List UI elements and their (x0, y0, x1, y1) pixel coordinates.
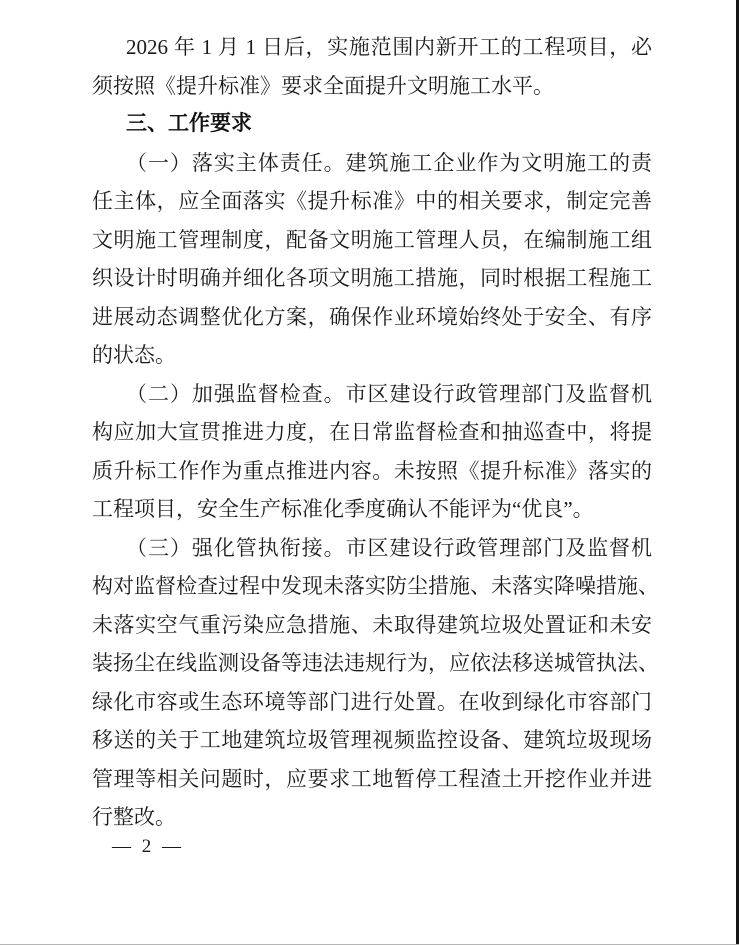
text-line: （一）落实主体责任。建筑施工企业作为文明施工的责 (92, 144, 652, 183)
text-line: 移送的关于工地建筑垃圾管理视频监控设备、建筑垃圾现场 (92, 721, 652, 760)
text-line: 须按照《提升标准》要求全面提升文明施工水平。 (92, 67, 652, 106)
text-line: 进展动态调整优化方案，确保作业环境始终处于安全、有序 (92, 298, 652, 337)
text-line: 的状态。 (92, 336, 652, 375)
text-line: 工程项目，安全生产标准化季度确认不能评为“优良”。 (92, 490, 652, 529)
document-page: 2026 年 1 月 1 日后，实施范围内新开工的工程项目，必须按照《提升标准》… (0, 0, 739, 945)
paragraph: （一）落实主体责任。建筑施工企业作为文明施工的责任主体，应全面落实《提升标准》中… (92, 144, 652, 375)
text-line: 未落实空气重污染应急措施、未取得建筑垃圾处置证和未安 (92, 606, 652, 645)
paragraph: （三）强化管执衔接。市区建设行政管理部门及监督机构对监督检查过程中发现未落实防尘… (92, 529, 652, 837)
text-line: 织设计时明确并细化各项文明施工措施，同时根据工程施工 (92, 259, 652, 298)
document-body: 2026 年 1 月 1 日后，实施范围内新开工的工程项目，必须按照《提升标准》… (92, 28, 652, 837)
text-line: （二）加强监督检查。市区建设行政管理部门及监督机 (92, 375, 652, 414)
text-line: （三）强化管执衔接。市区建设行政管理部门及监督机 (92, 529, 652, 568)
text-line: 构对监督检查过程中发现未落实防尘措施、未落实降噪措施、 (92, 567, 652, 606)
text-line: 任主体，应全面落实《提升标准》中的相关要求，制定完善 (92, 182, 652, 221)
section-heading: 三、工作要求 (92, 105, 652, 144)
page-number: — 2 — (112, 834, 181, 860)
text-line: 绿化市容或生态环境等部门进行处置。在收到绿化市容部门 (92, 683, 652, 722)
text-line: 行整改。 (92, 798, 652, 837)
text-line: 文明施工管理制度，配备文明施工管理人员，在编制施工组 (92, 221, 652, 260)
text-line: 装扬尘在线监测设备等违法违规行为，应依法移送城管执法、 (92, 644, 652, 683)
text-line: 三、工作要求 (92, 105, 652, 144)
text-line: 质升标工作作为重点推进内容。未按照《提升标准》落实的 (92, 452, 652, 491)
text-line: 构应加大宣贯推进力度，在日常监督检查和抽巡查中，将提 (92, 413, 652, 452)
paragraph: （二）加强监督检查。市区建设行政管理部门及监督机构应加大宣贯推进力度，在日常监督… (92, 375, 652, 529)
paragraph: 2026 年 1 月 1 日后，实施范围内新开工的工程项目，必须按照《提升标准》… (92, 28, 652, 105)
text-line: 2026 年 1 月 1 日后，实施范围内新开工的工程项目，必 (92, 28, 652, 67)
text-line: 管理等相关问题时，应要求工地暂停工程渣土开挖作业并进 (92, 760, 652, 799)
